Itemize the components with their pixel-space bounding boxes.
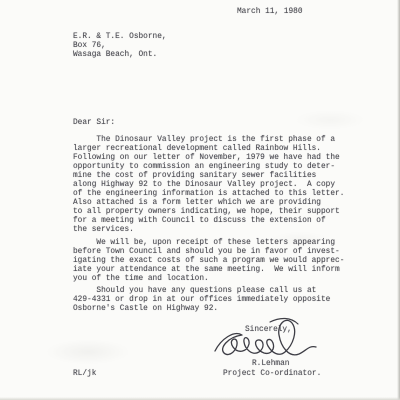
letter-page: March 11, 1980 E.R. & T.E. Osborne, Box … — [0, 0, 400, 400]
salutation: Dear Sir: — [73, 119, 115, 128]
signature-icon — [212, 315, 318, 363]
letter-paragraph-1: The Dinosaur Valley project is the first… — [73, 136, 344, 235]
reference-initials: RL/jk — [73, 370, 96, 379]
signer-name: R.Lehman — [252, 360, 289, 369]
letter-paragraph-3: Should you have any questions please cal… — [73, 287, 330, 314]
letter-paragraph-2: We will be, upon receipt of these letter… — [73, 239, 344, 284]
recipient-address: E.R. & T.E. Osborne, Box 76, Wasaga Beac… — [73, 33, 167, 60]
signer-title: Project Co-ordinator. — [223, 370, 321, 379]
letter-date: March 11, 1980 — [237, 8, 303, 17]
